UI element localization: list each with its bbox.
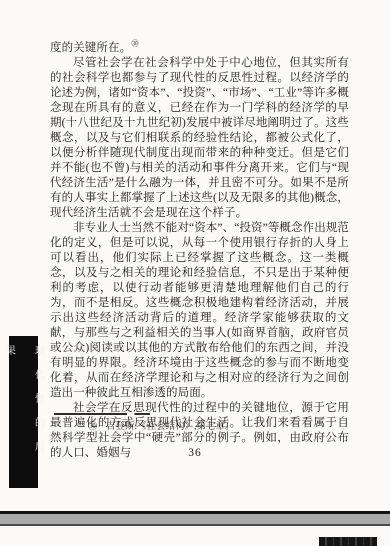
footnote-text: 吉登斯:《社会结构》,第七章。 (106, 422, 235, 432)
page-edge-tab (319, 537, 377, 546)
scanned-book-page: 度的关键所在。㉚ 尽管社会学在社会科学中处于中心地位，但其实所有的社会科学也都参… (0, 0, 390, 546)
footnote-separator-rule (54, 413, 150, 415)
body-text: 度的关键所在。㉚ 尽管社会学在社会科学中处于中心地位，但其实所有的社会科学也都参… (50, 41, 349, 461)
body-paragraph: 尽管社会学在社会科学中处于中心地位，但其实所有的社会科学也都参与了现代性的反思性… (50, 56, 349, 221)
paragraph-text: 度的关键所在。 (50, 42, 131, 54)
footnote-reference-marker: ㉚ (131, 39, 139, 48)
footnote-marker: ㉚ (88, 421, 97, 431)
page-number: 36 (0, 447, 390, 459)
body-paragraph: 非专业人士当然不能对“资本”、“投资”等概念作出规范化的定义，但是可以说，从每一… (50, 221, 349, 401)
spine-band: 现代性的后果 (9, 336, 38, 488)
footnote: ㉚吉登斯:《社会结构》,第七章。 (88, 420, 348, 433)
bottom-separator-band (0, 511, 390, 526)
body-paragraph-continuation: 度的关键所在。㉚ (50, 41, 349, 56)
spine-book-title: 现代性的后果 (0, 336, 53, 488)
